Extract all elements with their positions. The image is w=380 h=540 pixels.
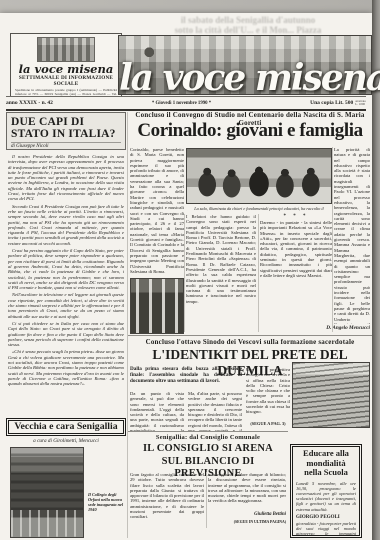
- sinodo-column-3: Una prospettiva teologica che si rivela …: [246, 367, 290, 419]
- educare-detail: giornalista - fotoreporter parlerà dei s…: [296, 521, 356, 538]
- sinodo-kicker: Concluso l'ottavo Sinodo dei Vescovi sul…: [130, 338, 370, 346]
- ghost-line-1: il sabato della Senigallia d'autunno: [128, 15, 368, 25]
- educare-title-line-3: nella Scuola: [296, 468, 356, 478]
- masthead-box-title: la voce misena: [11, 63, 121, 75]
- folio-price: Una copia Lit. 500: [310, 100, 353, 106]
- educare-announcement-box: Educare alla mondialità nella Scuola Lun…: [290, 444, 362, 538]
- collegio-group-photo: [10, 447, 84, 538]
- rule-above-consiglio: [128, 431, 288, 432]
- due-capi-byline: di Giuseppe Nicoli: [11, 142, 121, 149]
- masthead-subtitle: SETTIMANALE DI INFORMAZIONE SOCIALE: [11, 75, 121, 87]
- sinodo-column-2: Ma, d'altra parte, si possono vedere anc…: [188, 391, 242, 431]
- sinodo-continuation-note: (SEGUE A PAG. 3): [246, 421, 290, 426]
- rule-corinaldo-2: [258, 214, 259, 332]
- panorama-photo: la voce misena: [118, 35, 372, 95]
- educare-intro: Lunedì 5 novembre, alle ore 16,30, prose…: [296, 481, 356, 512]
- corinaldo-column-3: * * * Daremo - in puntate - la sintesi d…: [260, 214, 332, 332]
- convegno-panel-photo: [186, 148, 332, 204]
- due-capi-paragraph: Ci si può chiedere se in Italia per caso…: [8, 321, 124, 347]
- folio-edition: anno XXXIX - n. 42: [6, 100, 53, 106]
- rule-above-sinodo: [128, 335, 372, 336]
- corinaldo-column-2: I Relatori che hanno guidato il Convegno…: [186, 214, 256, 332]
- educare-speaker: GIORGIO PEGOLI: [296, 515, 356, 520]
- folio-date: * Giovedì 1 novembre 1990 *: [152, 101, 211, 106]
- due-capi-paragraph: Nell'ascoltare in televisione e nel legg…: [8, 292, 124, 318]
- due-capi-paragraph: Craxi ha persino aggiunto che il Capo de…: [8, 248, 124, 290]
- sinodo-assembly-photo: [292, 362, 370, 428]
- ghost-bleed-text: il sabato della Senigallia d'autunno sot…: [128, 15, 368, 35]
- consiglio-kicker: Senigallia: dal Consiglio Comunale: [130, 434, 286, 442]
- consiglio-continuation-note: (SEGUE IN ULTIMA PAGINA): [208, 520, 286, 524]
- educare-title: Educare alla mondialità nella Scuola: [296, 449, 356, 478]
- sinodo-column-1: Da un punto di vista generale, si può di…: [130, 391, 184, 431]
- newspaper-nameplate: la voce misena: [119, 57, 371, 99]
- corinaldo-column-3-text: Daremo - in puntate - la sintesi delle p…: [260, 220, 332, 330]
- sinodo-lede: Dalla prima stesura della bozza alla ver…: [130, 366, 242, 388]
- corinaldo-signature: D. Angelo Mencucci: [296, 325, 370, 331]
- newspaper-front-page: il sabato della Senigallia d'autunno sot…: [0, 0, 380, 540]
- due-capi-headline: DUE CAPI DI STATO IN ITALIA?: [11, 116, 121, 140]
- consiglio-signature: Giulietta Bettini: [208, 512, 286, 517]
- folio-price-note-2: L. 1000: [355, 102, 365, 106]
- ghost-line-2: sotto la città dell'U... e il Mon... Pia…: [128, 25, 368, 35]
- due-capi-header-box: DUE CAPI DI STATO IN ITALIA? di Giuseppe…: [6, 112, 126, 150]
- procession-photo: [130, 278, 184, 334]
- due-capi-paragraph: Il nostro Presidente della Repubblica Co…: [8, 154, 124, 202]
- vecchia-byline: a cura di Girolimetti, Mencucci: [6, 438, 126, 444]
- masthead-info-box: la voce misena SETTIMANALE DI INFORMAZIO…: [10, 33, 122, 97]
- corinaldo-headline: Corinaldo: giovani e famiglia: [128, 120, 372, 142]
- corinaldo-column-4: La priorità di natura e di grazia nel ca…: [334, 147, 370, 324]
- corinaldo-column-1: Corinaldo, paese benedetto di S. Maria G…: [130, 147, 184, 277]
- rule-corinaldo-1: [184, 214, 185, 332]
- due-capi-body: Il nostro Presidente della Repubblica Co…: [8, 154, 124, 415]
- consiglio-column-1: Gran fagotto al consiglio comunale del 2…: [130, 472, 204, 538]
- due-capi-paragraph: «Chi è senza peccato scagli la prima pie…: [8, 349, 124, 386]
- rule-consiglio: [206, 472, 207, 528]
- rule-corinaldo-3: [332, 147, 333, 332]
- consiglio-headline-line-1: IL CONSIGLIO SI ARENA: [128, 443, 288, 456]
- vecchia-senigallia-box: Vecchia e cara Senigallia: [6, 418, 126, 436]
- consiglio-column-2: non vogliono parlare dunque di bilancio;…: [208, 472, 286, 510]
- folio-line: anno XXXIX - n. 42 * Giovedì 1 novembre …: [6, 96, 366, 111]
- convegno-photo-caption: La sala, illuminata da chiari e fondamen…: [186, 206, 332, 212]
- collegio-photo-caption: Il Collegio degli Orfani nella nuova sed…: [88, 492, 126, 534]
- due-capi-paragraph: Secondo Craxi il Presidente Cossiga non …: [8, 204, 124, 246]
- masthead-thumbnail-photo: [37, 37, 95, 62]
